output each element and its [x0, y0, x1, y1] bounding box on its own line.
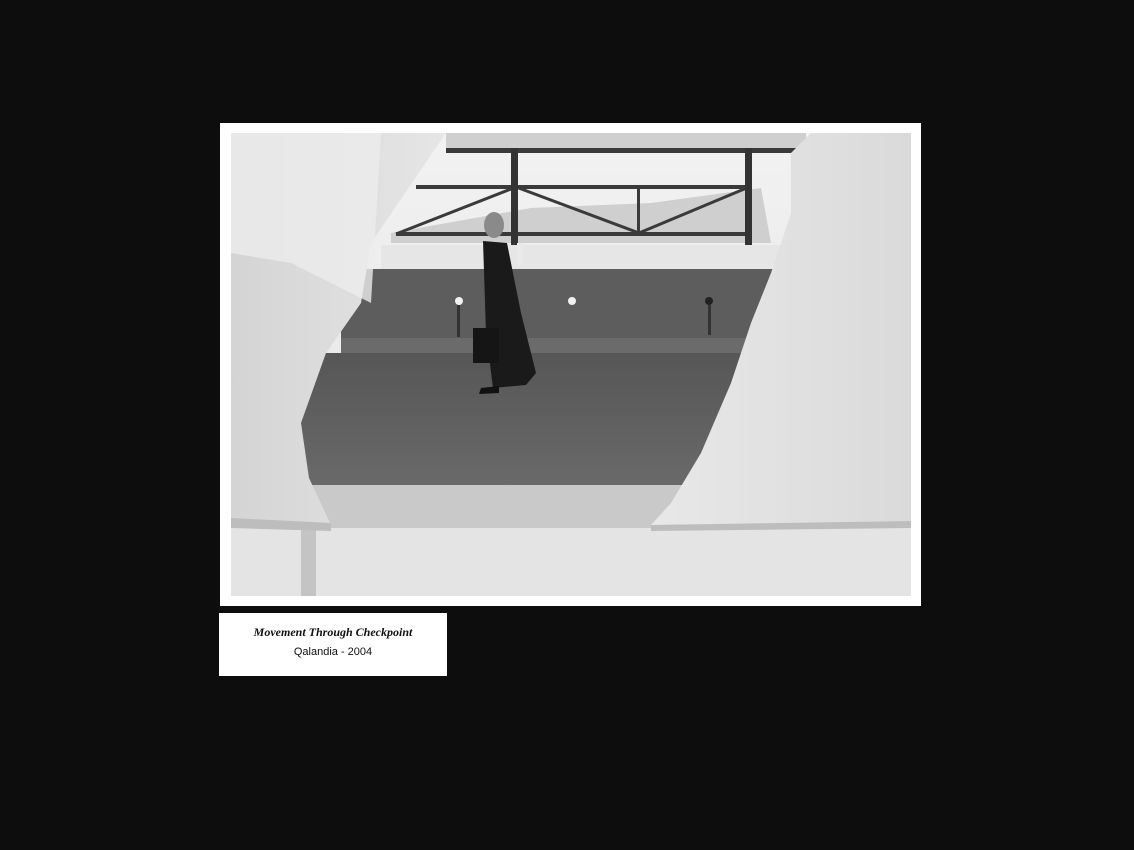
caption-subtitle: Qalandia - 2004 — [219, 646, 447, 658]
caption-title: Movement Through Checkpoint — [219, 625, 447, 640]
photograph — [231, 133, 911, 596]
photo-caption: Movement Through Checkpoint Qalandia - 2… — [219, 613, 447, 676]
photo-frame — [220, 123, 921, 606]
photograph-scene — [231, 133, 911, 596]
